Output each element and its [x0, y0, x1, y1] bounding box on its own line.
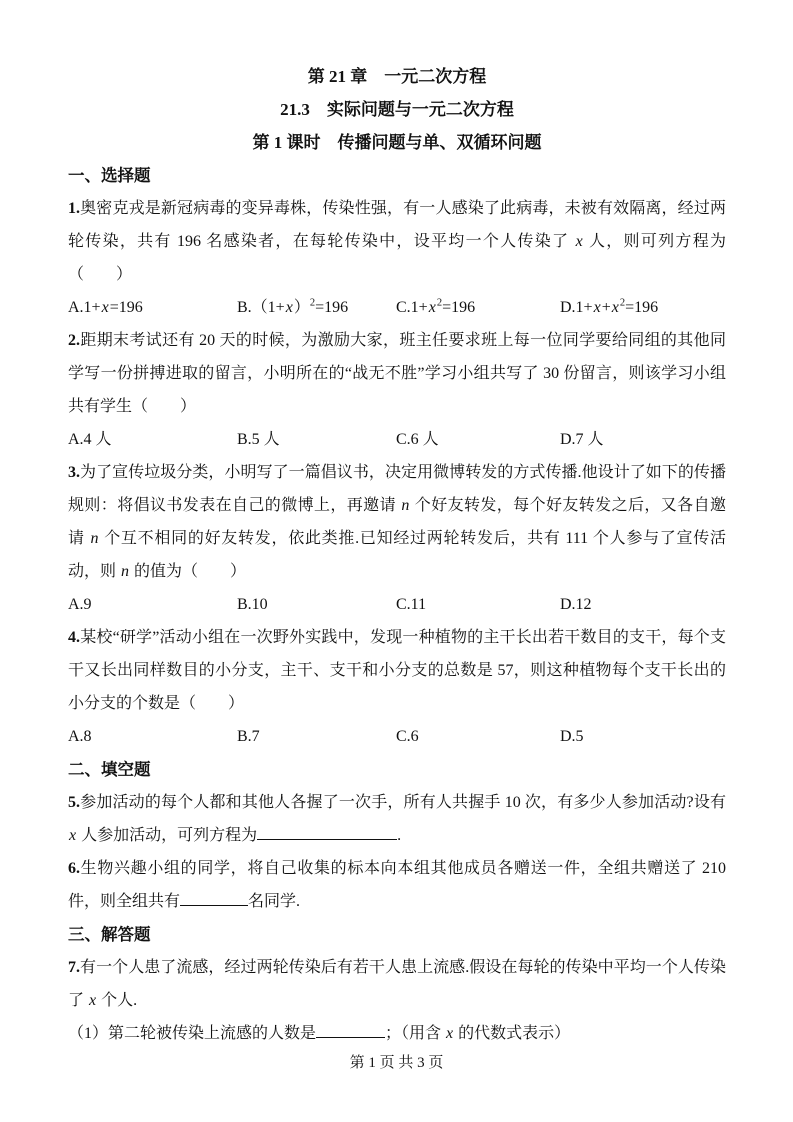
- math-variable: n: [400, 497, 410, 514]
- question-2-option-c: C.6 人: [396, 423, 560, 456]
- question-1-number: 1.: [68, 200, 80, 217]
- question-5-number: 5.: [68, 794, 80, 811]
- question-1-text: 奥密克戎是新冠病毒的变异毒株，传染性强，有一人感染了此病毒，未被有效隔离，经过两…: [68, 200, 726, 283]
- text-run: ）: [294, 299, 310, 316]
- text-run: D.12: [560, 596, 592, 613]
- question-3-option-d: D.12: [560, 588, 726, 621]
- text-run: C.6 人: [396, 431, 439, 448]
- math-variable: x: [445, 1025, 454, 1042]
- question-7-part-1: （1）第二轮被传染上流感的人数是；（用含 x 的代数式表示）: [68, 1017, 726, 1050]
- question-2-option-a: A.4 人: [68, 423, 237, 456]
- math-variable: n: [89, 530, 99, 547]
- question-6-stem: 6.生物兴趣小组的同学，将自己收集的标本向本组其他成员各赠送一件，全组共赠送了 …: [68, 852, 726, 918]
- question-3-option-b: B.10: [237, 588, 396, 621]
- question-4-option-b: B.7: [237, 720, 396, 753]
- answer-blank: [180, 892, 248, 906]
- question-1-options: A.1+x=196 B.（1+x）2=196 C.1+x2=196 D.1+x+…: [68, 291, 726, 324]
- question-1-option-b: B.（1+x）2=196: [237, 291, 396, 324]
- question-7-part-1-text: （1）第二轮被传染上流感的人数是；（用含 x 的代数式表示）: [68, 1025, 570, 1042]
- question-2-stem: 2.距期末考试还有 20 天的时候，为激励大家，班主任要求班上每一位同学要给同组…: [68, 324, 726, 423]
- text-run: .: [397, 827, 401, 844]
- text-run: D.5: [560, 728, 584, 745]
- question-4-text: 某校“研学”活动小组在一次野外实践中，发现一种植物的主干长出若干数目的支干，每个…: [68, 629, 726, 712]
- question-5-text: 参加活动的每个人都和其他人各握了一次手，所有人共握手 10 次，有多少人参加活动…: [68, 794, 726, 844]
- question-1-option-a: A.1+x=196: [68, 291, 237, 324]
- text-run: （1）第二轮被传染上流感的人数是: [68, 1025, 316, 1042]
- question-1-stem: 1.奥密克戎是新冠病毒的变异毒株，传染性强，有一人感染了此病毒，未被有效隔离，经…: [68, 192, 726, 291]
- text-run: C.11: [396, 596, 426, 613]
- question-3-option-a: A.9: [68, 588, 237, 621]
- text-run: =196: [442, 299, 475, 316]
- text-run: 名同学.: [248, 893, 300, 910]
- question-4-option-a: A.8: [68, 720, 237, 753]
- math-variable: x: [68, 827, 77, 844]
- question-7-stem: 7.有一个人患了流感，经过两轮传染后有若干人患上流感.假设在每轮的传染中平均一个…: [68, 951, 726, 1017]
- question-3-text: 为了宣传垃圾分类，小明写了一篇倡议书，决定用微博转发的方式传播.他设计了如下的传…: [68, 464, 726, 580]
- lesson-title: 第 1 课时 传播问题与单、双循环问题: [68, 126, 726, 159]
- text-run: B.（1+: [237, 299, 285, 316]
- math-variable: x: [285, 299, 294, 316]
- question-4-number: 4.: [68, 629, 80, 646]
- text-run: A.4 人: [68, 431, 112, 448]
- text-run: B.5 人: [237, 431, 280, 448]
- question-4-option-c: C.6: [396, 720, 560, 753]
- question-1-option-d: D.1+x+x2=196: [560, 291, 726, 324]
- answer-section-heading: 三、解答题: [68, 918, 726, 951]
- text-run: =196: [625, 299, 658, 316]
- text-run: ；（用含: [385, 1025, 445, 1042]
- question-6-number: 6.: [68, 860, 80, 877]
- answer-blank: [316, 1024, 385, 1038]
- question-6-text: 生物兴趣小组的同学，将自己收集的标本向本组其他成员各赠送一件，全组共赠送了 21…: [68, 860, 726, 910]
- math-variable: x: [611, 299, 620, 316]
- text-run: 某校“研学”活动小组在一次野外实践中，发现一种植物的主干长出若干数目的支干，每个…: [68, 629, 726, 712]
- text-run: C.6: [396, 728, 419, 745]
- text-run: A.9: [68, 596, 92, 613]
- math-variable: x: [428, 299, 437, 316]
- text-run: A.1+: [68, 299, 101, 316]
- text-run: B.7: [237, 728, 260, 745]
- text-run: A.8: [68, 728, 92, 745]
- text-run: B.10: [237, 596, 268, 613]
- text-run: =196: [110, 299, 143, 316]
- chapter-title: 第 21 章 一元二次方程: [68, 60, 726, 93]
- text-run: D.7 人: [560, 431, 604, 448]
- text-run: =196: [315, 299, 348, 316]
- text-run: 参加活动的每个人都和其他人各握了一次手，所有人共握手 10 次，有多少人参加活动…: [80, 794, 726, 811]
- question-3-option-c: C.11: [396, 588, 560, 621]
- question-7-text: 有一个人患了流感，经过两轮传染后有若干人患上流感.假设在每轮的传染中平均一个人传…: [68, 959, 726, 1009]
- question-2-option-b: B.5 人: [237, 423, 396, 456]
- question-4-stem: 4.某校“研学”活动小组在一次野外实践中，发现一种植物的主干长出若干数目的支干，…: [68, 621, 726, 720]
- question-4-option-d: D.5: [560, 720, 726, 753]
- question-2-option-d: D.7 人: [560, 423, 726, 456]
- text-run: 生物兴趣小组的同学，将自己收集的标本向本组其他成员各赠送一件，全组共赠送了 21…: [68, 860, 726, 910]
- text-run: 的值为（ ）: [130, 563, 246, 580]
- question-1-option-c: C.1+x2=196: [396, 291, 560, 324]
- worksheet-page: 第 21 章 一元二次方程 21.3 实际问题与一元二次方程 第 1 课时 传播…: [0, 0, 793, 1122]
- text-run: C.1+: [396, 299, 428, 316]
- answer-blank: [257, 826, 397, 840]
- question-2-number: 2.: [68, 332, 80, 349]
- text-run: 人参加活动，可列方程为: [77, 827, 257, 844]
- page-footer: 第 1 页 共 3 页: [0, 1054, 793, 1072]
- question-3-number: 3.: [68, 464, 80, 481]
- math-variable: x: [593, 299, 602, 316]
- question-2-text: 距期末考试还有 20 天的时候，为激励大家，班主任要求班上每一位同学要给同组的其…: [68, 332, 726, 415]
- text-run: +: [602, 299, 611, 316]
- math-variable: x: [575, 233, 584, 250]
- math-variable: x: [88, 992, 97, 1009]
- text-run: 有一个人患了流感，经过两轮传染后有若干人患上流感.假设在每轮的传染中平均一个人传…: [68, 959, 726, 1009]
- text-run: 个人.: [97, 992, 137, 1009]
- question-2-options: A.4 人 B.5 人 C.6 人 D.7 人: [68, 423, 726, 456]
- question-7-number: 7.: [68, 959, 80, 976]
- question-5-stem: 5.参加活动的每个人都和其他人各握了一次手，所有人共握手 10 次，有多少人参加…: [68, 786, 726, 852]
- document-header: 第 21 章 一元二次方程 21.3 实际问题与一元二次方程 第 1 课时 传播…: [68, 60, 726, 159]
- fill-section-heading: 二、填空题: [68, 753, 726, 786]
- question-4-options: A.8 B.7 C.6 D.5: [68, 720, 726, 753]
- math-variable: x: [101, 299, 110, 316]
- question-3-options: A.9 B.10 C.11 D.12: [68, 588, 726, 621]
- question-3-stem: 3.为了宣传垃圾分类，小明写了一篇倡议书，决定用微博转发的方式传播.他设计了如下…: [68, 456, 726, 588]
- text-run: D.1+: [560, 299, 593, 316]
- math-variable: n: [120, 563, 130, 580]
- section-title: 21.3 实际问题与一元二次方程: [68, 93, 726, 126]
- choice-section-heading: 一、选择题: [68, 159, 726, 192]
- text-run: 的代数式表示）: [454, 1025, 570, 1042]
- text-run: 距期末考试还有 20 天的时候，为激励大家，班主任要求班上每一位同学要给同组的其…: [68, 332, 726, 415]
